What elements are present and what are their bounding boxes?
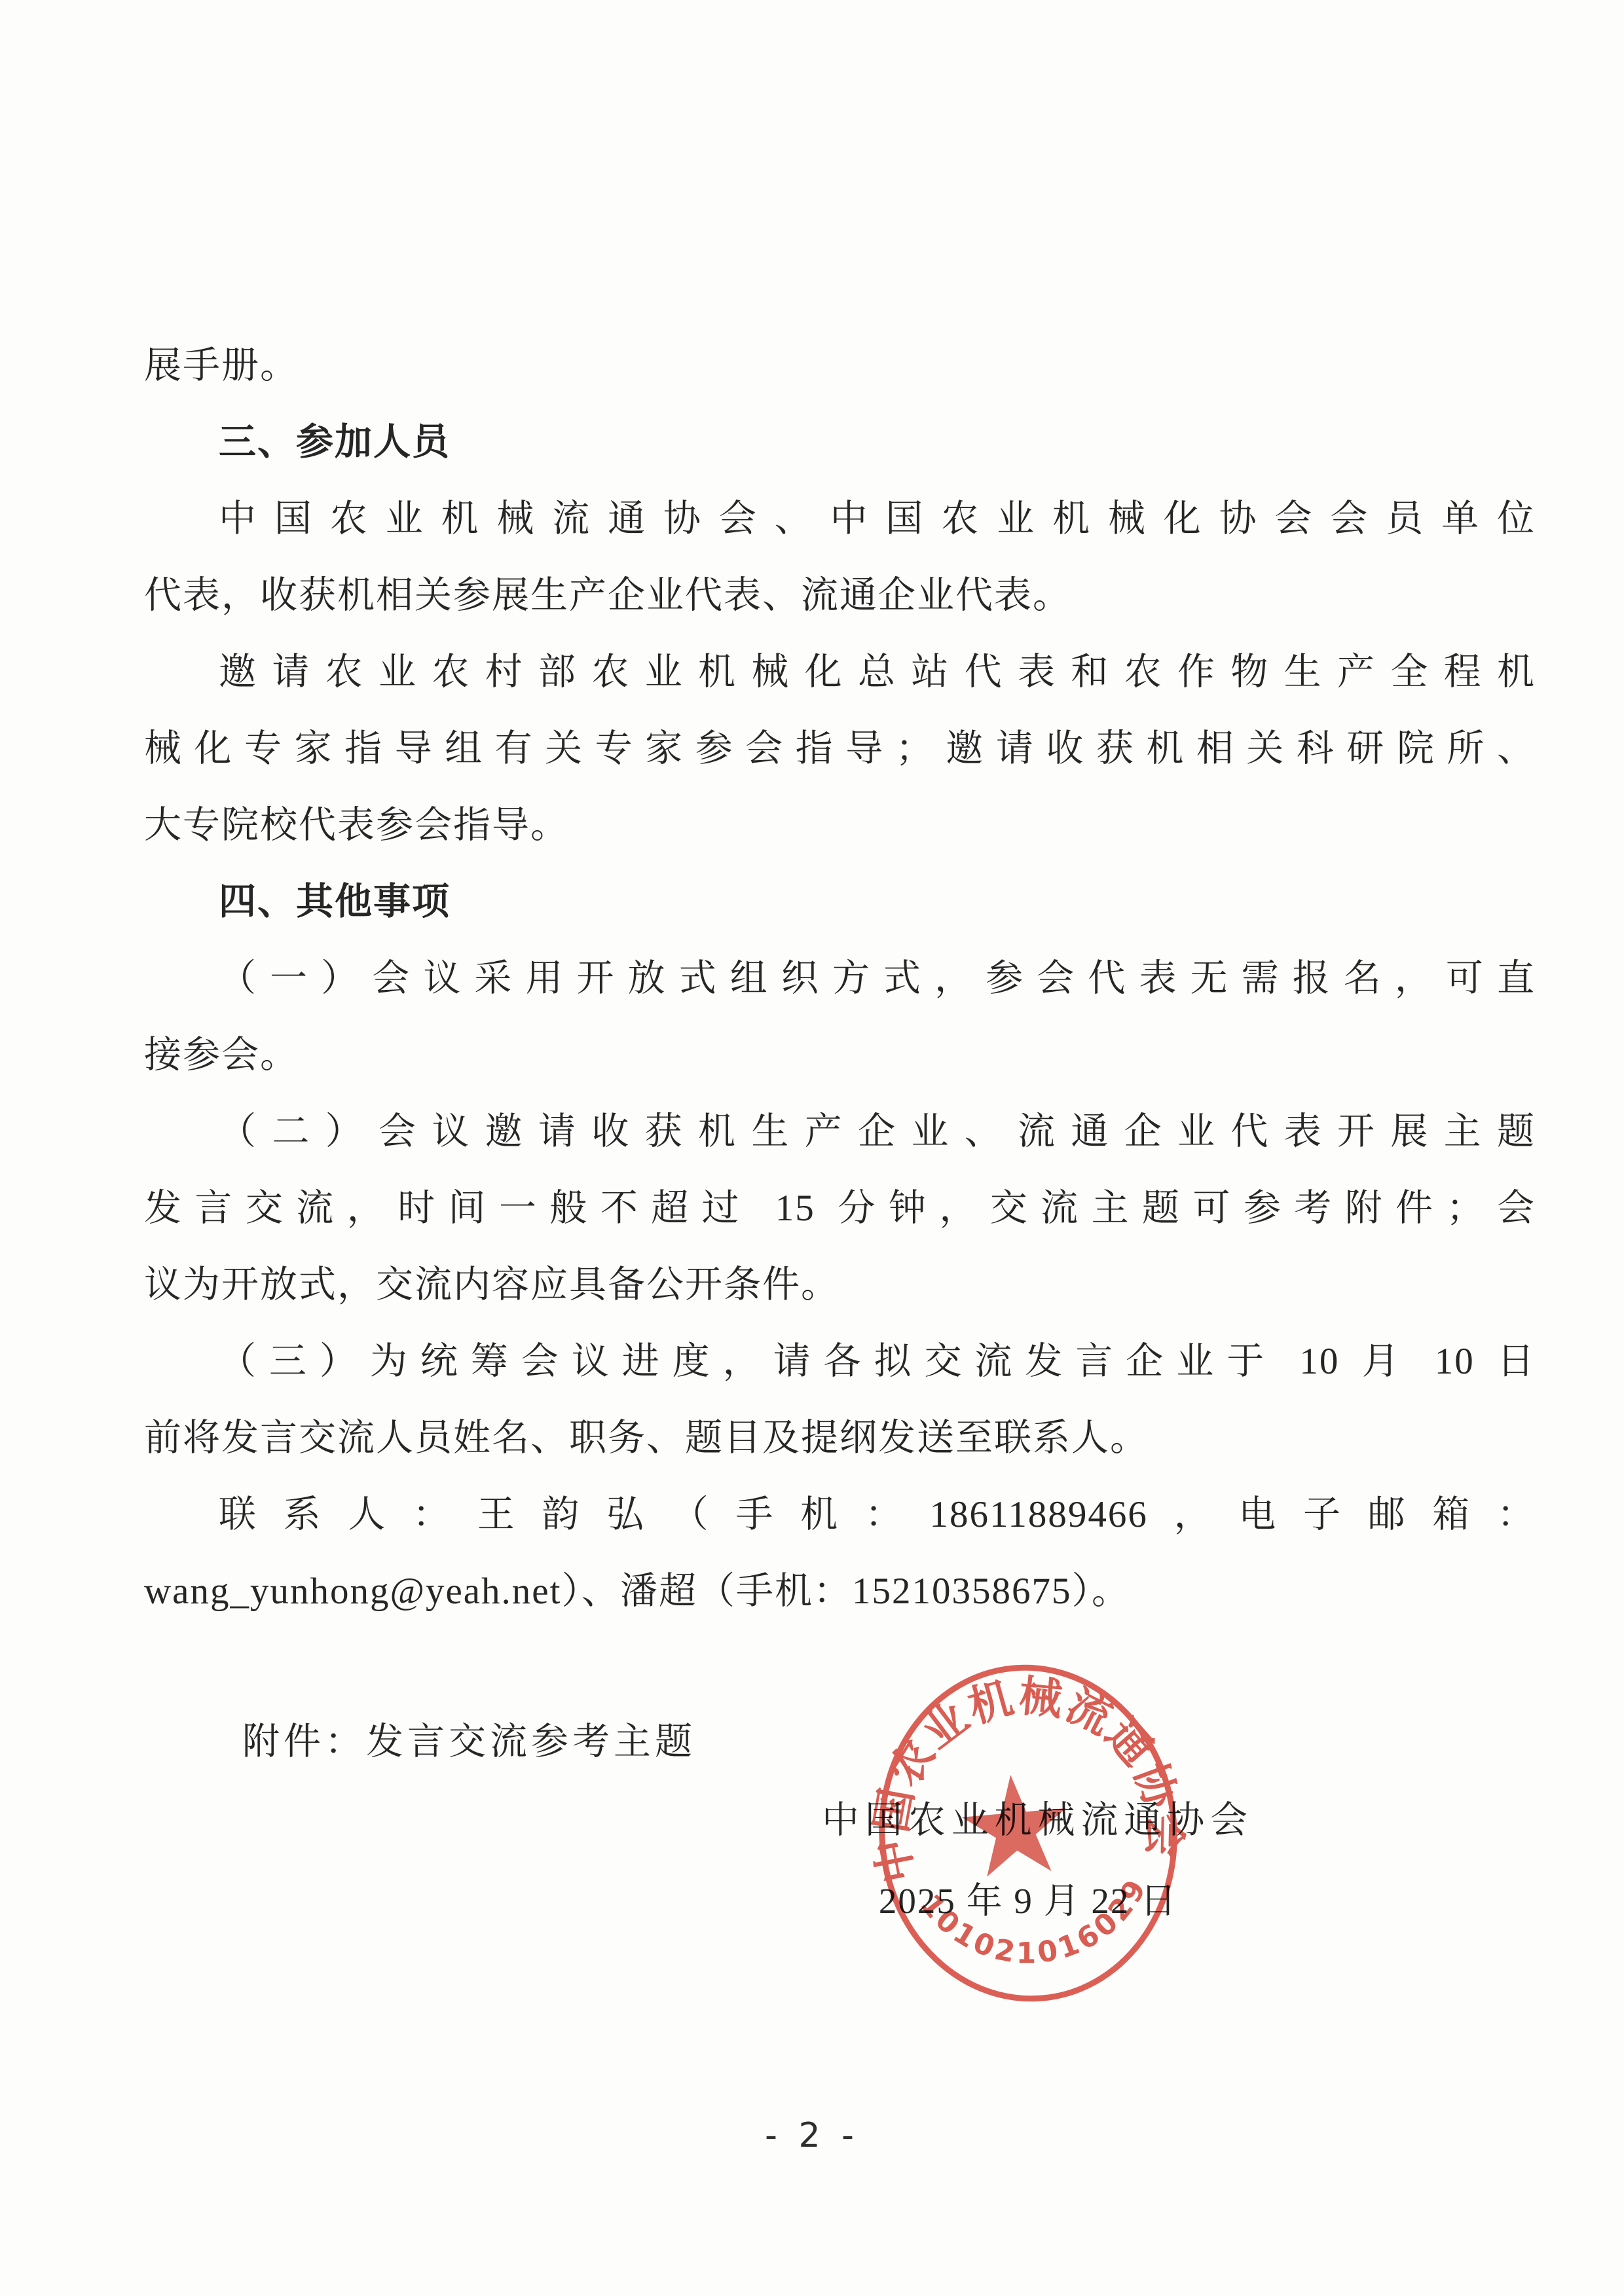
body-line: 展手册。 [144,327,1536,404]
attachment-note: 附件：发言交流参考主题 [242,1704,696,1780]
body-line: （二）会议邀请收获机生产企业、流通企业代表开展主题 [144,1093,1536,1170]
section-heading-other-matters: 四、其他事项 [144,864,1536,940]
body-line: 中国农业机械流通协会、中国农业机械化协会会员单位 [144,481,1536,557]
body-line: 议为开放式，交流内容应具备公开条件。 [144,1247,1536,1323]
body-line: 邀请农业农村部农业机械化总站代表和农作物生产全程机 [144,634,1536,710]
body-line: 接参会。 [144,1017,1536,1093]
star-icon [959,1770,1071,1878]
official-seal: 中国农业机械流通协会 11010210160299 [864,1650,1192,2016]
body-line: （三）为统筹会议进度，请各拟交流发言企业于 10 月 10 日 [144,1323,1536,1400]
body-line: 代表，收获机相关参展生产企业代表、流通企业代表。 [144,557,1536,634]
contact-line-email: wang_yunhong@yeah.net）、潘超（手机：15210358675… [144,1553,1536,1630]
page-number: - 2 - [0,2116,1624,2155]
body-line: 前将发言交流人员姓名、职务、题目及提纲发送至联系人。 [144,1400,1536,1476]
body-line: （一）会议采用开放式组织方式，参会代表无需报名，可直 [144,940,1536,1017]
contact-line: 联系人：王韵弘（手机：18611889466，电子邮箱： [144,1476,1536,1553]
body-line: 发言交流，时间一般不超过 15 分钟，交流主题可参考附件；会 [144,1170,1536,1247]
body-line: 械化专家指导组有关专家参会指导；邀请收获机相关科研院所、 [144,710,1536,787]
document-body: 展手册。 三、参加人员 中国农业机械流通协会、中国农业机械化协会会员单位 代表，… [144,327,1536,1630]
body-line: 大专院校代表参会指导。 [144,787,1536,864]
document-page: 展手册。 三、参加人员 中国农业机械流通协会、中国农业机械化协会会员单位 代表，… [0,0,1624,2296]
section-heading-participants: 三、参加人员 [144,404,1536,481]
